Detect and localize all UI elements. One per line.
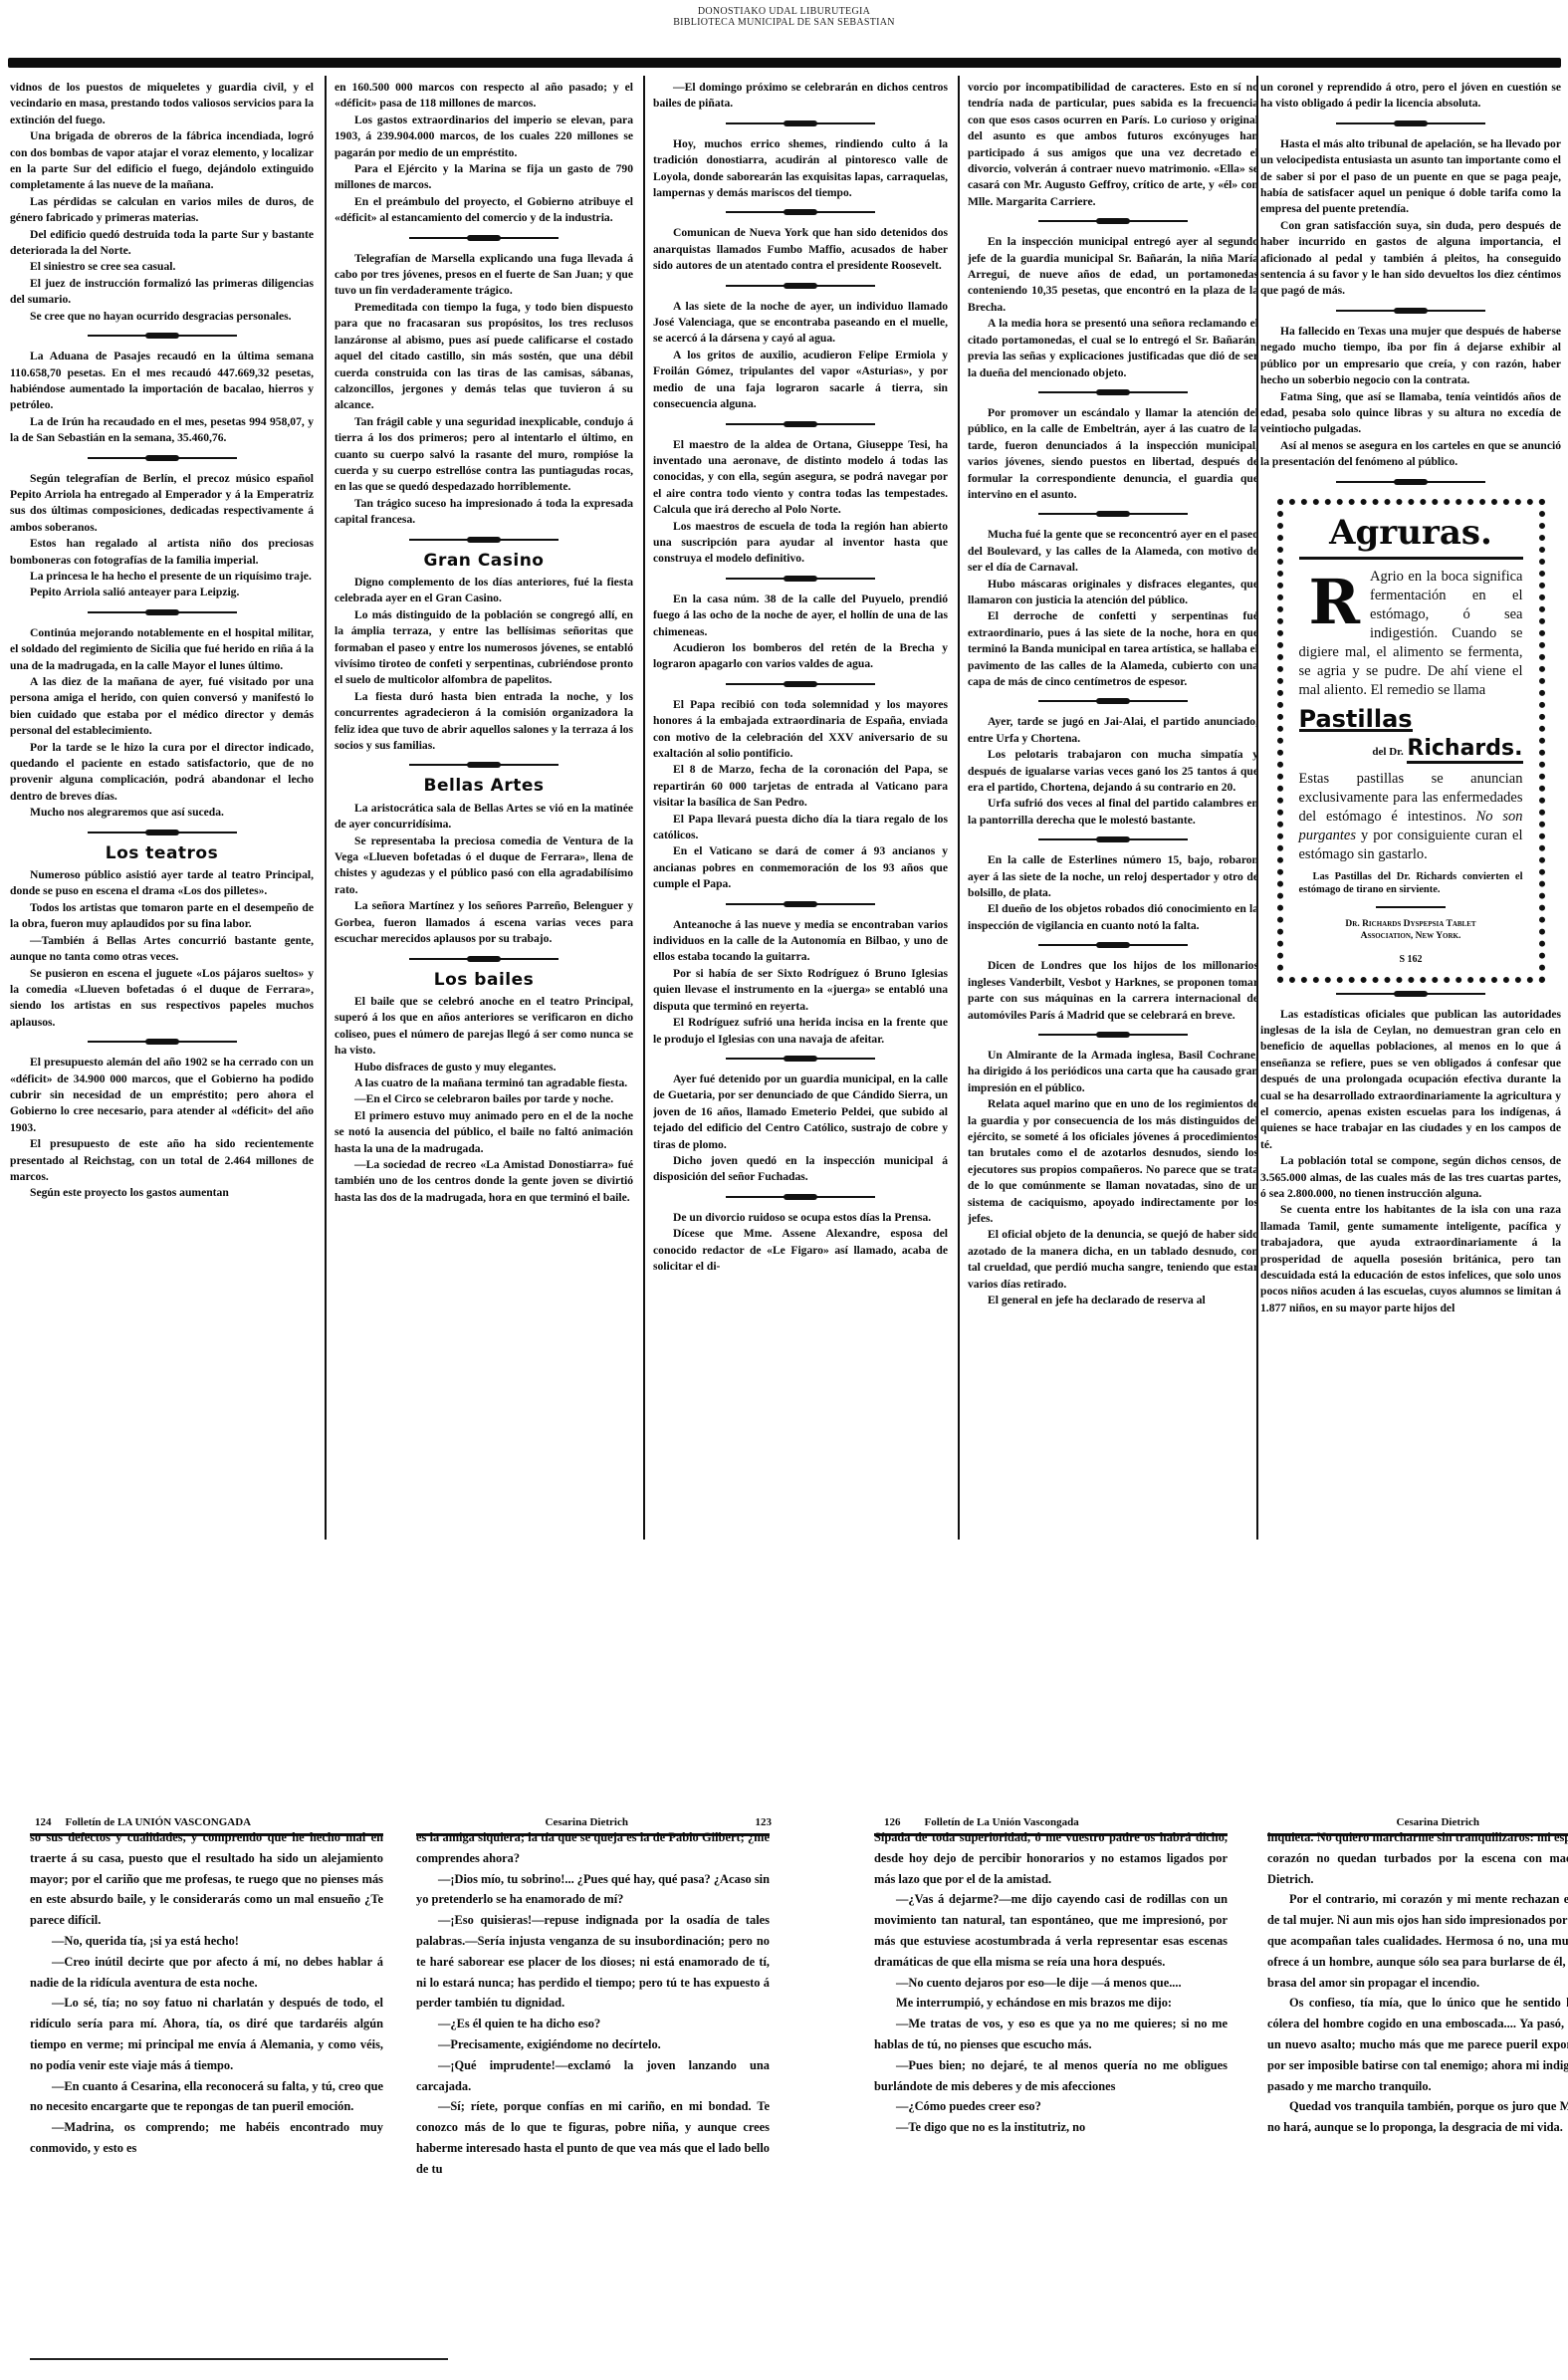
library-stamp: DONOSTIAKO UDAL LIBURUTEGIA BIBLIOTECA M… — [0, 6, 1568, 28]
ornamental-divider — [726, 421, 875, 427]
section-heading: Los teatros — [10, 845, 314, 861]
article-paragraph: El presupuesto alemán del año 1902 se ha… — [10, 1055, 314, 1136]
novel-paragraph: —Me tratas de vos, y eso es que ya no me… — [874, 2014, 1228, 2055]
article-paragraph: La población total se compone, según dic… — [1260, 1153, 1561, 1202]
article-paragraph: Digno complemento de los días anteriores… — [335, 575, 633, 607]
article-paragraph: Los gastos extraordinarios del imperio s… — [335, 113, 633, 161]
folletin-page-header: Cesarina Dietrich 123 — [418, 1812, 772, 1828]
article-paragraph: La señora Martínez y los señores Parreño… — [335, 898, 633, 947]
novel-paragraph: Os confieso, tía mía, que lo único que h… — [1267, 1993, 1568, 2096]
ornamental-divider — [1038, 698, 1188, 704]
novel-paragraph: —¿Vas á dejarme?—me dijo cayendo casi de… — [874, 1889, 1228, 1972]
article-paragraph: —La sociedad de recreo «La Amistad Donos… — [335, 1157, 633, 1206]
article-paragraph: El Papa llevará puesta dicho día la tiar… — [653, 812, 948, 844]
article-paragraph: En el Vaticano se dará de comer á 93 anc… — [653, 843, 948, 892]
novel-paragraph: inquieta. No quiero marcharme sin tranqu… — [1267, 1827, 1568, 1889]
novel-paragraph: —Precisamente, exigiéndome no decírtelo. — [416, 2034, 770, 2055]
article-paragraph: Hasta el más alto tribunal de apelación,… — [1260, 136, 1561, 218]
ad-product-name: Pastillas — [1299, 710, 1413, 732]
article-paragraph: En el preámbulo del proyecto, el Gobiern… — [335, 194, 633, 227]
novel-paragraph: —En cuanto á Cesarina, ella reconocerá s… — [30, 2076, 383, 2118]
article-paragraph: Se pusieron en escena el juguete «Los pá… — [10, 966, 314, 1032]
newspaper-column-2: en 160.500 000 marcos con respecto al añ… — [335, 80, 633, 1548]
folletin-page-header: 126 Folletín de La Unión Vascongada — [884, 1812, 1237, 1828]
article-paragraph: vidnos de los puestos de miqueletes y gu… — [10, 80, 314, 128]
newspaper-column-4: vorcio por incompatibilidad de caractere… — [968, 80, 1258, 1548]
masthead-rule — [8, 58, 1561, 68]
article-paragraph: Ayer, tarde se jugó en Jai-Alai, el part… — [968, 714, 1258, 747]
article-paragraph: El juez de instrucción formalizó las pri… — [10, 276, 314, 309]
folletin-page-header: 124 Folletín de LA UNIÓN VASCONGADA — [35, 1812, 388, 1828]
article-paragraph: Mucho nos alegraremos que así suceda. — [10, 805, 314, 821]
article-paragraph: Relata aquel marino que en uno de los re… — [968, 1096, 1258, 1227]
article-paragraph: El dueño de los objetos robados dió cono… — [968, 901, 1258, 934]
novel-paragraph: —No, querida tía, ¡si ya está hecho! — [30, 1931, 383, 1952]
ornamental-divider — [1038, 511, 1188, 517]
article-paragraph: en 160.500 000 marcos con respecto al añ… — [335, 80, 633, 113]
novel-paragraph: —Te digo que no es la institutriz, no — [874, 2117, 1228, 2138]
article-paragraph: Así al menos se asegura en los carteles … — [1260, 438, 1561, 471]
article-paragraph: Se cuenta entre los habitantes de la isl… — [1260, 1202, 1561, 1316]
folletin-page-126: Sípada de toda superioridad, ó me vuestr… — [874, 1827, 1228, 2138]
ornamental-divider — [88, 1039, 237, 1045]
novel-paragraph: —Creo inútil decirte que por afecto á mí… — [30, 1952, 383, 1994]
article-paragraph: Urfa sufrió dos veces al final del parti… — [968, 796, 1258, 829]
article-paragraph: El derroche de confetti y serpentinas fu… — [968, 608, 1258, 690]
ornamental-divider — [1038, 836, 1188, 842]
folletin-page-124: so sus defectos y cualidades, y comprend… — [30, 1827, 383, 2159]
article-paragraph: Una brigada de obreros de la fábrica inc… — [10, 128, 314, 194]
newspaper-column-1: vidnos de los puestos de miqueletes y gu… — [10, 80, 314, 1548]
ornamental-divider — [1038, 942, 1188, 948]
article-paragraph: Premeditada con tiempo la fuga, y todo b… — [335, 300, 633, 414]
article-paragraph: —El domingo próximo se celebrarán en dic… — [653, 80, 948, 113]
novel-paragraph: —¡Qué imprudente!—exclamó la joven lanza… — [416, 2055, 770, 2097]
article-paragraph: Hubo disfraces de gusto y muy elegantes. — [335, 1060, 633, 1075]
article-paragraph: El 8 de Marzo, fecha de la coronación de… — [653, 762, 948, 811]
ornamental-divider — [1336, 308, 1485, 314]
article-paragraph: Dícese que Mme. Assene Alexandre, esposa… — [653, 1226, 948, 1275]
ornamental-divider — [726, 681, 875, 687]
section-heading: Gran Casino — [335, 553, 633, 569]
article-paragraph: Las estadísticas oficiales que publican … — [1260, 1007, 1561, 1154]
novel-paragraph: —No cuento dejaros por eso—le dije —á me… — [874, 1973, 1228, 1994]
novel-paragraph: —¿Es él quien te ha dicho eso? — [416, 2014, 770, 2034]
article-paragraph: Anteanoche á las nueve y media se encont… — [653, 917, 948, 966]
article-paragraph: Tan trágico suceso ha impresionado á tod… — [335, 496, 633, 529]
article-paragraph: Lo más distinguido de la población se co… — [335, 607, 633, 689]
ornamental-divider — [88, 455, 237, 461]
ornamental-divider — [726, 901, 875, 907]
novel-paragraph: —Sí; ríete, porque confías en mi cariño,… — [416, 2096, 770, 2179]
ornamental-divider — [1336, 479, 1485, 485]
article-paragraph: Dicho joven quedó en la inspección munic… — [653, 1153, 948, 1186]
section-heading: Los bailes — [335, 972, 633, 988]
novel-paragraph: —¿Cómo puedes creer eso? — [874, 2096, 1228, 2117]
article-paragraph: vorcio por incompatibilidad de caractere… — [968, 80, 1258, 210]
ornamental-divider — [88, 333, 237, 339]
ornamental-divider — [726, 1056, 875, 1062]
ad-maker-line2: Association, New York. — [1299, 930, 1523, 942]
ad-note: Las Pastillas del Dr. Richards convierte… — [1299, 870, 1523, 896]
article-paragraph: El general en jefe ha declarado de reser… — [968, 1293, 1258, 1309]
article-paragraph: El siniestro se cree sea casual. — [10, 259, 314, 275]
ornamental-divider — [1038, 218, 1188, 224]
article-paragraph: A los gritos de auxilio, acudieron Felip… — [653, 348, 948, 413]
ad-product-brand: del Dr. Richards. — [1299, 739, 1523, 762]
article-paragraph: Numeroso público asistió ayer tarde al t… — [10, 867, 314, 900]
article-paragraph: Continúa mejorando notablemente en el ho… — [10, 625, 314, 674]
article-paragraph: Los maestros de escuela de toda la regió… — [653, 519, 948, 568]
section-heading: Bellas Artes — [335, 778, 633, 794]
ornamental-divider — [1336, 120, 1485, 126]
article-paragraph: un coronel y reprendido á otro, pero el … — [1260, 80, 1561, 113]
article-paragraph: A la media hora se presentó una señora r… — [968, 316, 1258, 381]
article-paragraph: —También á Bellas Artes concurrió bastan… — [10, 933, 314, 966]
ornamental-divider — [726, 1194, 875, 1200]
article-paragraph: A las cuatro de la mañana terminó tan ag… — [335, 1075, 633, 1091]
newspaper-column-3: —El domingo próximo se celebrarán en dic… — [653, 80, 948, 1548]
article-paragraph: Con gran satisfacción suya, sin duda, pe… — [1260, 218, 1561, 300]
article-paragraph: La de Irún ha recaudado en el mes, peset… — [10, 414, 314, 447]
article-paragraph: Un Almirante de la Armada inglesa, Basil… — [968, 1048, 1258, 1096]
article-paragraph: Hubo máscaras originales y disfraces ele… — [968, 577, 1258, 609]
article-paragraph: Del edificio quedó destruida toda la par… — [10, 227, 314, 260]
article-paragraph: El oficial objeto de la denuncia, se que… — [968, 1227, 1258, 1293]
ad-code: S 162 — [1299, 950, 1523, 969]
folletin-page-123: es la amiga siquiera; la tía que se quej… — [416, 1827, 770, 2180]
article-paragraph: El presupuesto de este año ha sido recie… — [10, 1136, 314, 1185]
advertisement-agruras: Agruras. R Agrio en la boca significa fe… — [1277, 499, 1545, 983]
article-paragraph: Comunican de Nueva York que han sido det… — [653, 225, 948, 274]
article-paragraph: Según telegrafían de Berlín, el precoz m… — [10, 471, 314, 537]
novel-paragraph: —¡Eso quisieras!—repuse indignada por la… — [416, 1910, 770, 2014]
ornamental-divider — [726, 120, 875, 126]
article-paragraph: La aristocrática sala de Bellas Artes se… — [335, 801, 633, 833]
novel-paragraph: —Lo sé, tía; no soy fatuo ni charlatán y… — [30, 1993, 383, 2075]
richards-logo-icon: R — [1309, 570, 1361, 635]
folletin-page-125: inquieta. No quiero marcharme sin tranqu… — [1267, 1827, 1568, 2138]
article-paragraph: Ayer fué detenido por un guardia municip… — [653, 1071, 948, 1153]
novel-paragraph: —Madrina, os comprendo; me habéis encont… — [30, 2117, 383, 2159]
article-paragraph: Todos los artistas que tomaron parte en … — [10, 900, 314, 933]
newspaper-column-5: un coronel y reprendido á otro, pero el … — [1260, 80, 1561, 1548]
article-paragraph: Por si había de ser Sixto Rodríguez ó Br… — [653, 966, 948, 1015]
ornamental-divider — [88, 830, 237, 835]
article-paragraph: En la casa núm. 38 de la calle del Puyue… — [653, 592, 948, 640]
ornamental-divider — [409, 762, 559, 768]
article-paragraph: Estos han regalado al artista niño dos p… — [10, 536, 314, 569]
article-paragraph: Las pérdidas se calculan en varios miles… — [10, 194, 314, 227]
novel-paragraph: —Pues bien; no dejaré, te al menos querí… — [874, 2055, 1228, 2097]
folletin-page-header: Cesarina Dietrich 125 — [1269, 1812, 1568, 1828]
article-paragraph: Para el Ejército y la Marina se fija un … — [335, 161, 633, 194]
ornamental-divider — [726, 283, 875, 289]
article-paragraph: En la inspección municipal entregó ayer … — [968, 234, 1258, 316]
ornamental-divider — [726, 576, 875, 582]
article-paragraph: La fiesta duró hasta bien entrada la noc… — [335, 689, 633, 755]
novel-paragraph: so sus defectos y cualidades, y comprend… — [30, 1827, 383, 1931]
library-stamp-line1: DONOSTIAKO UDAL LIBURUTEGIA — [0, 6, 1568, 17]
page-bottom-rule — [30, 2358, 448, 2360]
ornamental-divider — [1336, 991, 1485, 997]
article-paragraph: Mucha fué la gente que se reconcentró ay… — [968, 527, 1258, 576]
ad-title: Agruras. — [1299, 513, 1523, 560]
article-paragraph: Pepito Arriola salió anteayer para Leipz… — [10, 585, 314, 600]
article-paragraph: Por la tarde se le hizo la cura por el d… — [10, 740, 314, 806]
column-divider — [958, 76, 960, 1540]
ornamental-divider — [726, 209, 875, 215]
article-paragraph: Ha fallecido en Texas una mujer que desp… — [1260, 324, 1561, 389]
ornamental-divider — [1038, 389, 1188, 395]
article-paragraph: Según este proyecto los gastos aumentan — [10, 1185, 314, 1201]
article-paragraph: El maestro de la aldea de Ortana, Giusep… — [653, 437, 948, 519]
ornamental-divider — [88, 609, 237, 615]
column-divider — [643, 76, 645, 1540]
novel-paragraph: Sípada de toda superioridad, ó me vuestr… — [874, 1827, 1228, 1889]
article-paragraph: Telegrafían de Marsella explicando una f… — [335, 251, 633, 300]
article-paragraph: Hoy, muchos errico shemes, rindiendo cul… — [653, 136, 948, 202]
novel-paragraph: —¡Dios mío, tu sobrino!... ¿Pues qué hay… — [416, 1869, 770, 1911]
column-divider — [1256, 76, 1258, 1540]
article-paragraph: A las diez de la mañana de ayer, fué vis… — [10, 674, 314, 740]
ad-maker-line1: Dr. Richards Dyspepsia Tablet — [1299, 918, 1523, 930]
article-paragraph: Dicen de Londres que los hijos de los mi… — [968, 958, 1258, 1024]
article-paragraph: La princesa le ha hecho el presente de u… — [10, 569, 314, 585]
article-paragraph: Por promover un escándalo y llamar la at… — [968, 405, 1258, 503]
ornamental-divider — [1038, 1032, 1188, 1038]
article-paragraph: Se representaba la preciosa comedia de V… — [335, 833, 633, 899]
article-paragraph: Se cree que no hayan ocurrido desgracias… — [10, 309, 314, 325]
article-paragraph: A las siete de la noche de ayer, un indi… — [653, 299, 948, 348]
article-paragraph: El primero estuvo muy animado pero en el… — [335, 1108, 633, 1157]
article-paragraph: Los pelotaris trabajaron con mucha simpa… — [968, 747, 1258, 796]
novel-paragraph: Quedad vos tranquila también, porque os … — [1267, 2096, 1568, 2138]
article-paragraph: El baile que se celebró anoche en el tea… — [335, 994, 633, 1060]
article-paragraph: De un divorcio ruidoso se ocupa estos dí… — [653, 1210, 948, 1226]
ad-product-small: del Dr. — [1372, 746, 1403, 758]
article-paragraph: El Rodríguez sufrió una herida incisa en… — [653, 1015, 948, 1048]
article-paragraph: La Aduana de Pasajes recaudó en la últim… — [10, 349, 314, 414]
article-paragraph: El Papa recibió con toda solemnidad y lo… — [653, 697, 948, 763]
library-stamp-line2: BIBLIOTECA MUNICIPAL DE SAN SEBASTIAN — [0, 17, 1568, 28]
ornamental-divider — [409, 956, 559, 962]
article-paragraph: Fatma Sing, que así se llamaba, tenía ve… — [1260, 389, 1561, 438]
article-paragraph: —En el Circo se celebraron bailes por ta… — [335, 1091, 633, 1107]
ornamental-divider — [409, 537, 559, 543]
article-paragraph: En la calle de Esterlines número 15, baj… — [968, 852, 1258, 901]
novel-paragraph: Por el contrario, mi corazón y mi mente … — [1267, 1889, 1568, 1993]
column-divider — [325, 76, 327, 1540]
article-paragraph: Acudieron los bomberos del retén de la B… — [653, 640, 948, 673]
ornamental-divider — [409, 235, 559, 241]
ad-divider — [1376, 906, 1446, 908]
novel-paragraph: Me interrumpió, y echándose en mis brazo… — [874, 1993, 1228, 2014]
ad-product-big: Richards. — [1407, 736, 1522, 764]
novel-paragraph: es la amiga siquiera; la tía que se quej… — [416, 1827, 770, 1869]
article-paragraph: Tan frágil cable y una seguridad inexpli… — [335, 414, 633, 496]
